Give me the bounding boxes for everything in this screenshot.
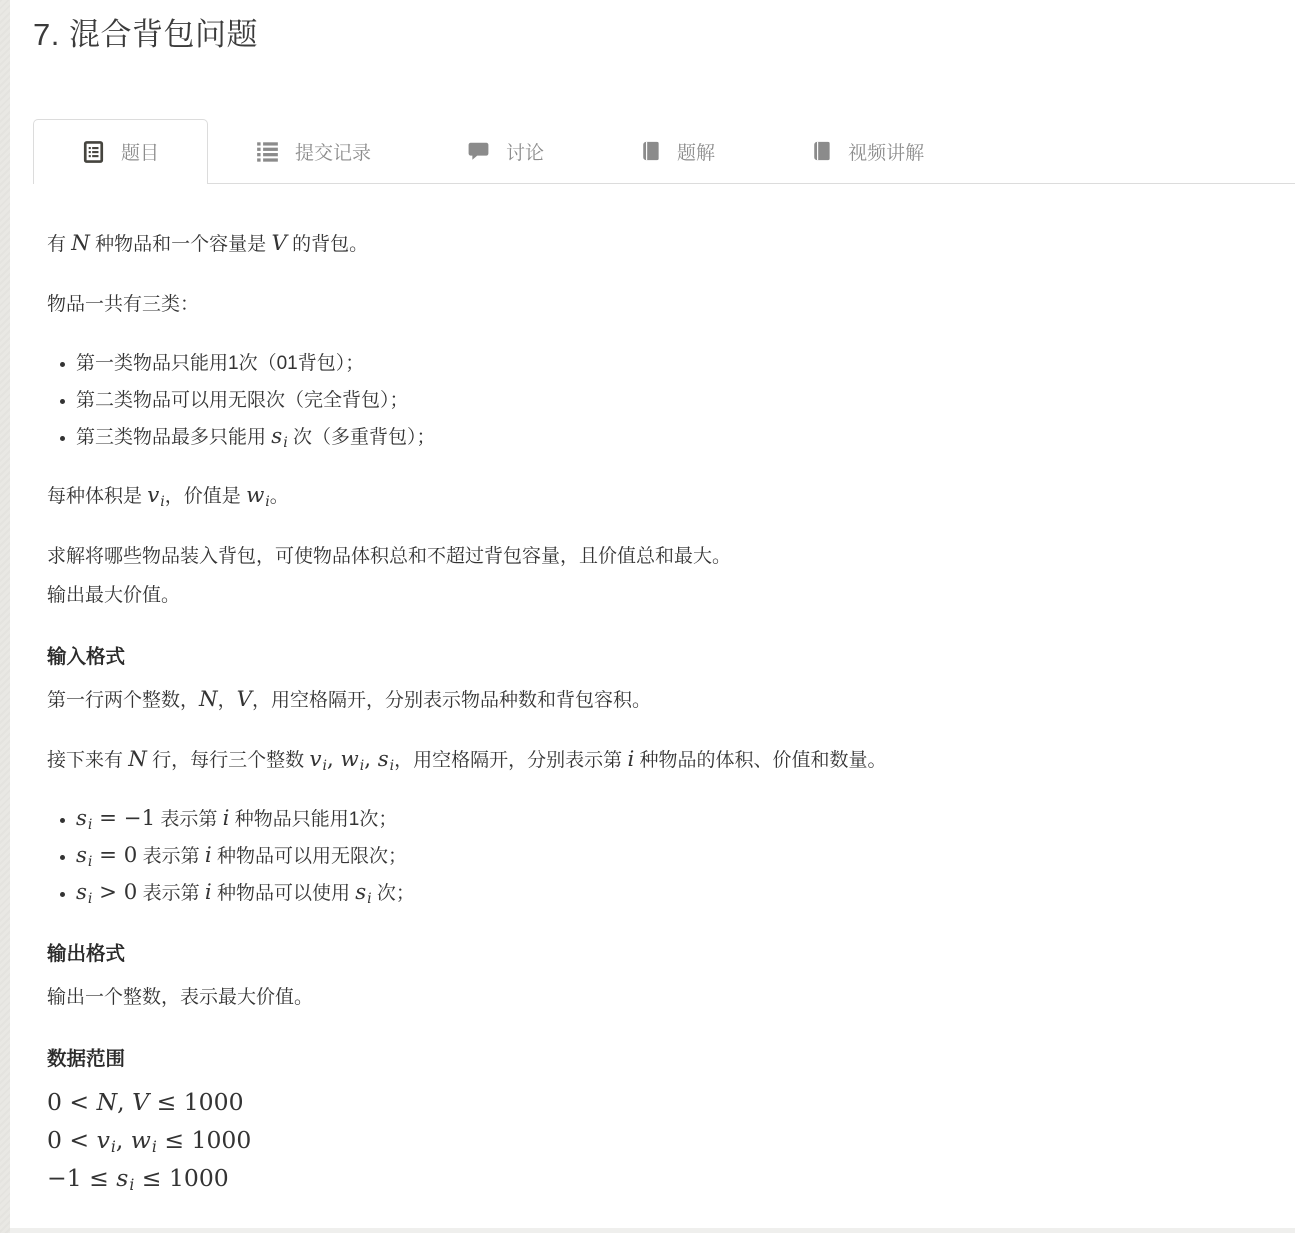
text-run: 第一行两个整数， <box>47 690 199 711</box>
bullet-list: si = −1 表示第 i 种物品只能用1次；si = 0 表示第 i 种物品可… <box>47 801 1248 912</box>
math-var: V <box>271 231 286 256</box>
problem-content: 有 N 种物品和一个容量是 V 的背包。物品一共有三类：第一类物品只能用1次（0… <box>0 184 1295 1197</box>
math-var: si <box>378 747 394 772</box>
tab-solutions[interactable]: 题解 <box>592 119 763 183</box>
tab-problem[interactable]: 题目 <box>33 119 208 184</box>
tab-label: 提交记录 <box>295 138 371 165</box>
text-run: 表示第 <box>137 846 205 867</box>
paragraph: 物品一共有三类： <box>47 285 1248 324</box>
section-heading: 输出格式 <box>47 942 1248 966</box>
text-run: 有 <box>47 234 71 255</box>
tab-bar: 题目提交记录讨论题解视频讲解 <box>33 119 1295 184</box>
tab-label: 题解 <box>677 138 715 165</box>
text-run: 求解将哪些物品装入背包，可使物品体积总和不超过背包容量，且价值总和最大。 <box>47 546 731 567</box>
text-run: 种物品只能用1次； <box>229 809 397 830</box>
math-var: N <box>71 231 90 256</box>
text-run: 表示第 <box>155 809 223 830</box>
page-left-edge <box>0 0 10 1233</box>
paragraph: 接下来有 N 行，每行三个整数 vi, wi, si，用空格隔开，分别表示第 i… <box>47 741 1248 780</box>
text-run: 每种体积是 <box>47 486 147 507</box>
math-var: i <box>205 880 212 905</box>
text-run: 第一类物品只能用1次（01背包）； <box>76 353 364 374</box>
text-run: 次（多重背包）； <box>288 427 436 448</box>
math-var: wi <box>341 747 365 772</box>
text-run: 种物品的体积、价值和数量。 <box>634 750 886 771</box>
math-text: = 0 <box>92 843 137 868</box>
math-var: vi <box>309 747 327 772</box>
text-run: 种物品和一个容量是 <box>90 234 272 255</box>
paragraph: 输出一个整数，表示最大价值。 <box>47 978 1248 1017</box>
text-run: 物品一共有三类： <box>47 294 199 315</box>
text-run: 次； <box>372 883 415 904</box>
math-text: = −1 <box>92 806 155 831</box>
list-item: 第三类物品最多只能用 si 次（多重背包）； <box>76 419 1248 456</box>
math-text: ≤ 1000 <box>149 1088 243 1116</box>
tab-label: 讨论 <box>506 138 544 165</box>
text-run: 种物品可以使用 <box>212 883 356 904</box>
bullet-list: 第一类物品只能用1次（01背包）；第二类物品可以用无限次（完全背包）；第三类物品… <box>47 345 1248 456</box>
math-var: wi <box>131 1126 157 1154</box>
text-run: 第二类物品可以用无限次（完全背包）； <box>76 390 409 411</box>
math-text: 0 < <box>47 1126 97 1154</box>
math-text: ≤ 1000 <box>134 1164 228 1192</box>
text-run: 。 <box>270 486 289 507</box>
math-line: 0 < vi, wi ≤ 1000 <box>47 1121 1248 1159</box>
math-var: si <box>76 843 92 868</box>
math-var: V <box>132 1088 149 1116</box>
math-var: N <box>128 747 147 772</box>
text-run: 的背包。 <box>287 234 368 255</box>
text-run: 行，每行三个整数 <box>147 750 310 771</box>
list-icon <box>256 140 279 163</box>
tab-video[interactable]: 视频讲解 <box>763 119 972 183</box>
text-run: 接下来有 <box>47 750 128 771</box>
book-icon <box>640 139 661 163</box>
book-icon <box>811 139 832 163</box>
text-run: ，用空格隔开，分别表示第 <box>394 750 627 771</box>
math-var: N <box>97 1088 118 1116</box>
tab-submissions[interactable]: 提交记录 <box>208 119 419 183</box>
math-text: , <box>327 747 341 772</box>
math-text: , <box>117 1088 132 1116</box>
tab-label: 视频讲解 <box>848 138 924 165</box>
math-var: wi <box>246 483 270 508</box>
math-text: , <box>364 747 378 772</box>
math-var: N <box>199 687 218 712</box>
text-run: ，价值是 <box>165 486 246 507</box>
math-text: 0 < <box>47 1088 97 1116</box>
paragraph: 每种体积是 vi，价值是 wi。 <box>47 477 1248 516</box>
math-text: > 0 <box>92 880 137 905</box>
math-var: si <box>76 806 92 831</box>
math-text: , <box>116 1126 131 1154</box>
speech-bubble-icon <box>467 140 490 162</box>
text-run: 输出一个整数，表示最大价值。 <box>47 987 313 1008</box>
tab-label: 题目 <box>121 138 159 165</box>
text-run: 第三类物品最多只能用 <box>76 427 271 448</box>
document-list-icon <box>82 140 105 164</box>
list-item: si > 0 表示第 i 种物品可以使用 si 次； <box>76 875 1248 912</box>
math-var: vi <box>147 483 165 508</box>
page-title: 7. 混合背包问题 <box>33 16 1295 53</box>
text-run: 表示第 <box>137 883 205 904</box>
paragraph: 求解将哪些物品装入背包，可使物品体积总和不超过背包容量，且价值总和最大。输出最大… <box>47 537 1248 615</box>
list-item: 第二类物品可以用无限次（完全背包）； <box>76 382 1248 419</box>
math-var: vi <box>97 1126 116 1154</box>
text-run: ，用空格隔开，分别表示物品种数和背包容积。 <box>252 690 651 711</box>
math-text: −1 ≤ <box>47 1164 116 1192</box>
text-run: 种物品可以用无限次； <box>212 846 407 867</box>
math-var: si <box>355 880 371 905</box>
tab-discussion[interactable]: 讨论 <box>419 119 592 183</box>
section-heading: 数据范围 <box>47 1047 1248 1071</box>
paragraph: 第一行两个整数，N，V，用空格隔开，分别表示物品种数和背包容积。 <box>47 681 1248 720</box>
list-item: si = −1 表示第 i 种物品只能用1次； <box>76 801 1248 838</box>
math-var: i <box>205 843 212 868</box>
math-var: V <box>237 687 252 712</box>
math-var: si <box>116 1164 134 1192</box>
paragraph: 有 N 种物品和一个容量是 V 的背包。 <box>47 225 1248 264</box>
section-heading: 输入格式 <box>47 645 1248 669</box>
math-var: si <box>76 880 92 905</box>
math-text: ≤ 1000 <box>157 1126 251 1154</box>
page-bottom-edge <box>10 1228 1295 1233</box>
text-run: ， <box>218 690 237 711</box>
math-var: si <box>271 424 287 449</box>
text-run: 输出最大价值。 <box>47 585 180 606</box>
list-item: si = 0 表示第 i 种物品可以用无限次； <box>76 838 1248 875</box>
math-line: 0 < N, V ≤ 1000 <box>47 1083 1248 1121</box>
math-block: 0 < N, V ≤ 10000 < vi, wi ≤ 1000−1 ≤ si … <box>47 1083 1248 1197</box>
list-item: 第一类物品只能用1次（01背包）； <box>76 345 1248 382</box>
math-line: −1 ≤ si ≤ 1000 <box>47 1159 1248 1197</box>
